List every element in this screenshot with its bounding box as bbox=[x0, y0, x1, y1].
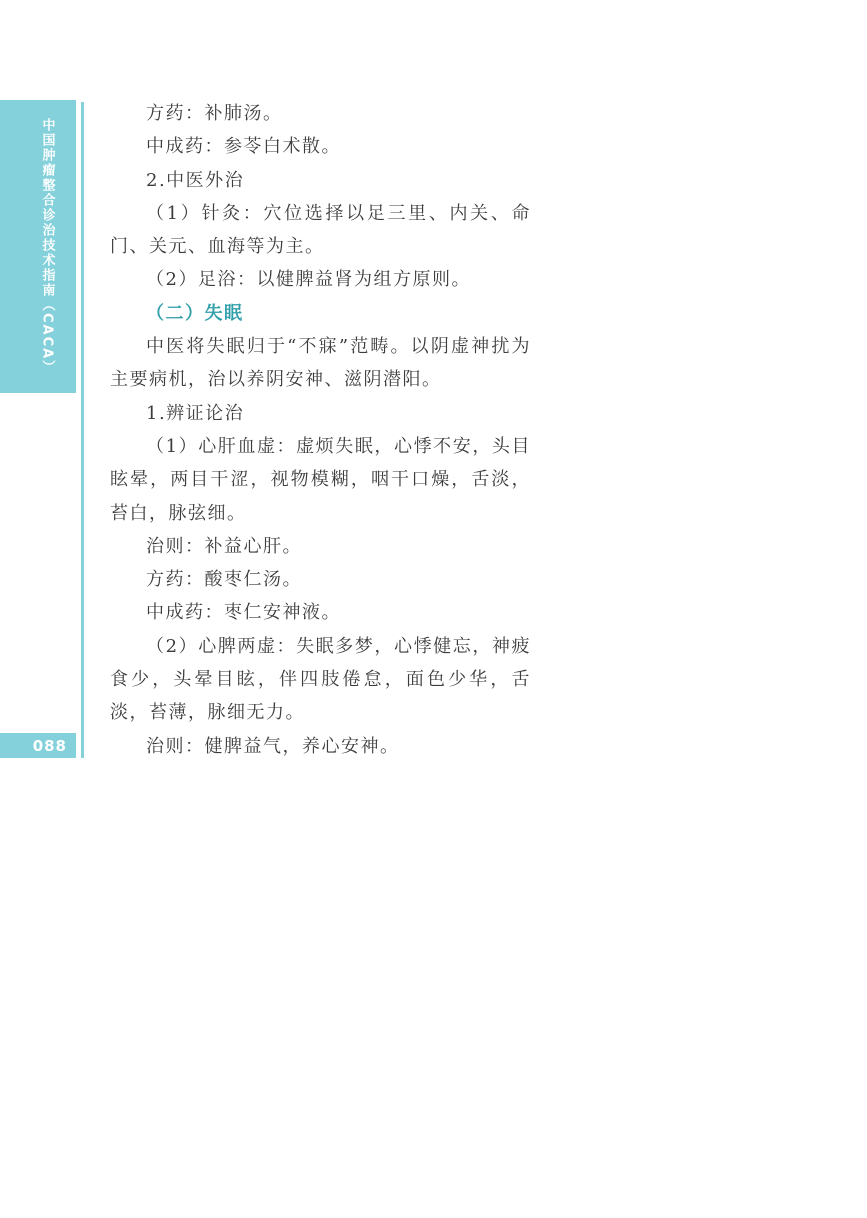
paragraph: 1.辨证论治 bbox=[110, 397, 531, 430]
paragraph: 2.中医外治 bbox=[110, 164, 531, 197]
page-number-badge: 088 bbox=[0, 733, 76, 758]
paragraph: （2）心脾两虚：失眠多梦，心悸健忘，神疲食少，头晕目眩，伴四肢倦怠，面色少华，舌… bbox=[110, 630, 531, 730]
paragraph: （2）足浴：以健脾益肾为组方原则。 bbox=[110, 263, 531, 296]
book-title-vertical: 中国肿瘤整合诊治技术指南（CACA） bbox=[38, 118, 57, 375]
vertical-divider-rule bbox=[81, 102, 84, 758]
paragraph: 方药：酸枣仁汤。 bbox=[110, 563, 531, 596]
text-column: 方药：补肺汤。中成药：参苓白术散。2.中医外治（1）针灸：穴位选择以足三里、内关… bbox=[110, 97, 531, 763]
paragraph: 中成药：参苓白术散。 bbox=[110, 130, 531, 163]
paragraph: 治则：补益心肝。 bbox=[110, 530, 531, 563]
paragraph: 中医将失眠归于“不寐”范畴。以阴虚神扰为主要病机，治以养阴安神、滋阴潜阳。 bbox=[110, 330, 531, 397]
paragraph: （1）针灸：穴位选择以足三里、内关、命门、关元、血海等为主。 bbox=[110, 197, 531, 264]
sidebar-band: 中国肿瘤整合诊治技术指南（CACA） bbox=[0, 100, 76, 393]
paragraph: 方药：补肺汤。 bbox=[110, 97, 531, 130]
paragraph: （1）心肝血虚：虚烦失眠，心悸不安，头目眩晕，两目干涩，视物模糊，咽干口燥，舌淡… bbox=[110, 430, 531, 530]
section-heading: （二）失眠 bbox=[110, 297, 531, 330]
paragraph: 治则：健脾益气，养心安神。 bbox=[110, 730, 531, 763]
page-number: 088 bbox=[33, 737, 67, 755]
paragraph: 中成药：枣仁安神液。 bbox=[110, 596, 531, 629]
document-page: 中国肿瘤整合诊治技术指南（CACA） 088 方药：补肺汤。中成药：参苓白术散。… bbox=[0, 0, 867, 1218]
